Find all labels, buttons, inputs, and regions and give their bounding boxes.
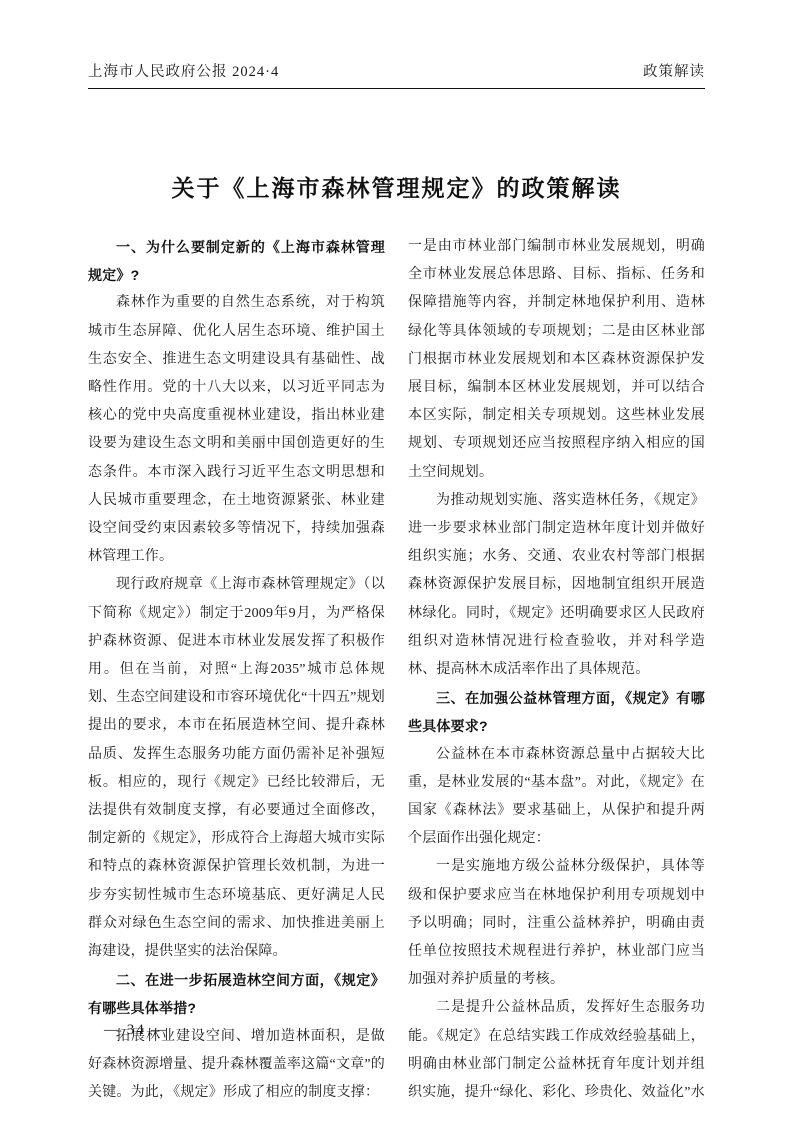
- paragraph: 森林作为重要的自然生态系统，对于构筑城市生态屏障、优化人居生态环境、维护国土生态…: [88, 289, 385, 571]
- section-heading-2: 二、在进一步拓展造林空间方面，《规定》有哪些具体举措?: [88, 966, 385, 1022]
- paragraph: 为推动规划实施、落实造林任务，《规定》进一步要求林业部门制定造林年度计划并做好组…: [408, 487, 705, 684]
- page-header: 上海市人民政府公报 2024·4 政策解读: [88, 60, 705, 81]
- document-page: 上海市人民政府公报 2024·4 政策解读 关于《上海市森林管理规定》的政策解读…: [0, 0, 793, 1122]
- page-number: — 34 —: [104, 1022, 169, 1039]
- paragraph: 现行政府规章《上海市森林管理规定》（以下简称《规定》）制定于2009年9月，为严…: [88, 571, 385, 966]
- paragraph: 一是由市林业部门编制市林业发展规划，明确全市林业发展总体思路、目标、指标、任务和…: [408, 233, 705, 487]
- left-column: 一、为什么要制定新的《上海市森林管理规定》? 森林作为重要的自然生态系统，对于构…: [88, 233, 385, 1107]
- paragraph: 二是提升公益林品质，发挥好生态服务功能。《规定》在总结实践工作成效经验基础上，明…: [408, 994, 705, 1107]
- article-body: 一、为什么要制定新的《上海市森林管理规定》? 森林作为重要的自然生态系统，对于构…: [88, 233, 705, 1107]
- paragraph: 公益林在本市森林资源总量中占据较大比重，是林业发展的“基本盘”。对此，《规定》在…: [408, 741, 705, 854]
- header-section-label: 政策解读: [643, 60, 705, 81]
- paragraph: 一是实施地方级公益林分级保护，具体等级和保护要求应当在林地保护利用专项规划中予以…: [408, 853, 705, 994]
- header-divider: [88, 88, 705, 89]
- article-title: 关于《上海市森林管理规定》的政策解读: [0, 170, 793, 203]
- right-column: 一是由市林业部门编制市林业发展规划，明确全市林业发展总体思路、目标、指标、任务和…: [408, 233, 705, 1107]
- section-heading-1: 一、为什么要制定新的《上海市森林管理规定》?: [88, 233, 385, 289]
- header-publication-title: 上海市人民政府公报 2024·4: [88, 60, 279, 81]
- section-heading-3: 三、在加强公益林管理方面，《规定》有哪些具体要求?: [408, 684, 705, 740]
